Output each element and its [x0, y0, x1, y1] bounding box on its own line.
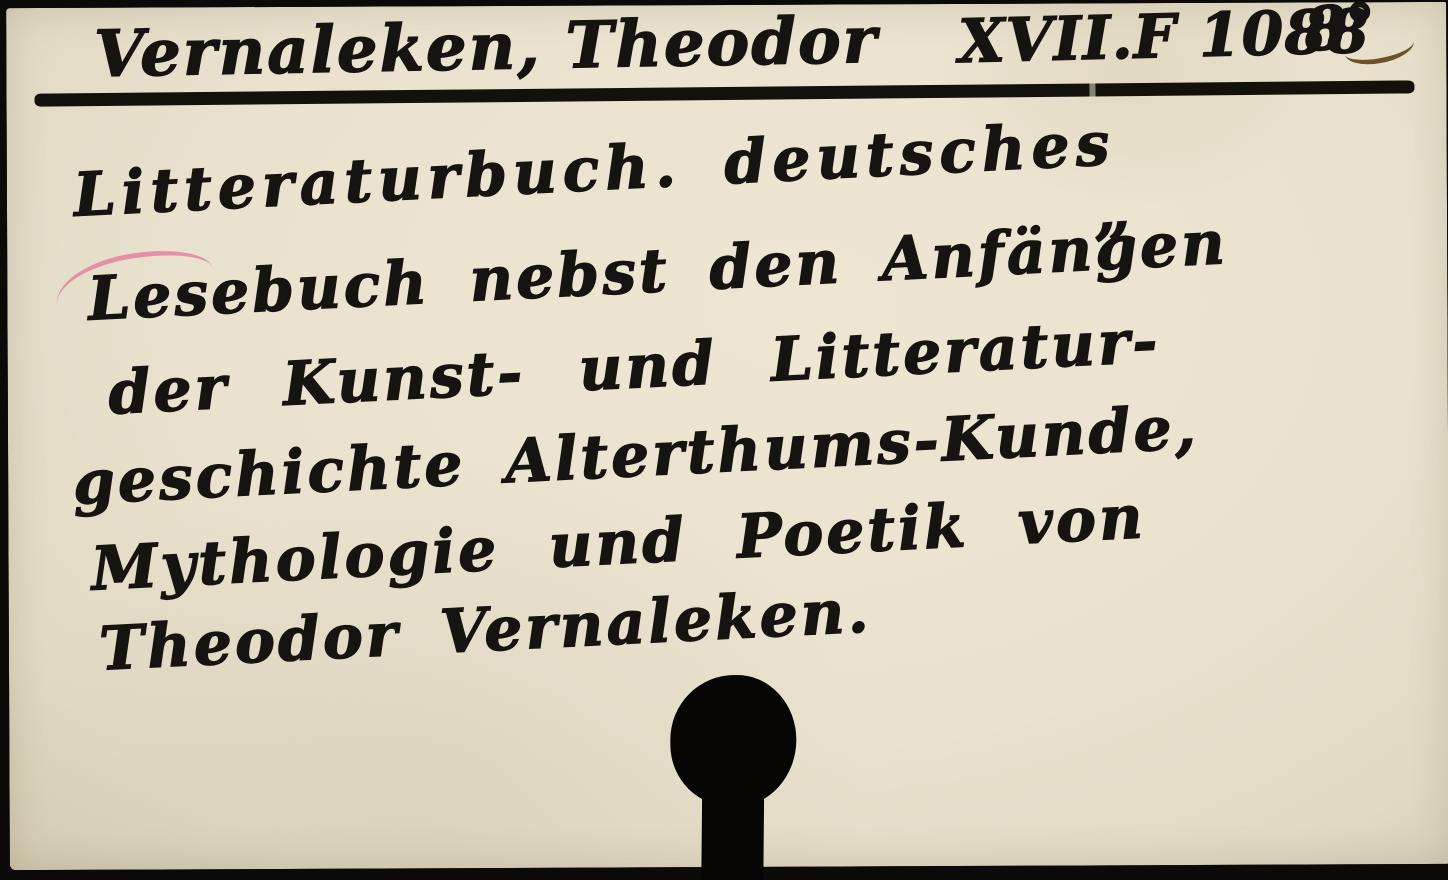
body-line-1: Litteraturbuch. deutsches — [72, 114, 1117, 226]
scan-background: Vernaleken, Theodor XVII.F 1088 8° Litte… — [0, 0, 1448, 880]
underline-stroke-gap — [1089, 83, 1095, 96]
catalog-card: Vernaleken, Theodor XVII.F 1088 8° Litte… — [6, 2, 1448, 870]
heading-author: Vernaleken, Theodor — [94, 9, 879, 87]
hole-punch-slot — [701, 783, 764, 880]
